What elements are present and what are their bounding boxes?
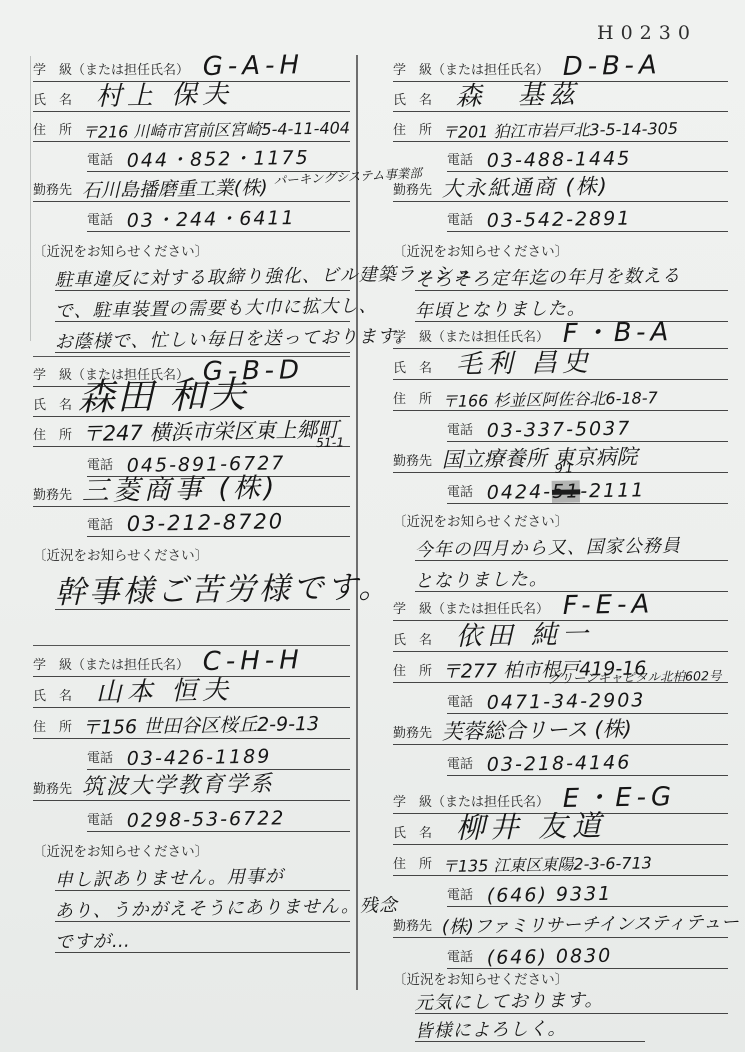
form-entry: 学 級（または担任氏名） D-B-A 氏 名 森 基茲 住 所 〒201 狛江市…	[393, 52, 728, 232]
form-entry: 学 級（または担任氏名） C-H-H 氏 名 山本 恒夫 住 所 〒156 世田…	[33, 645, 350, 832]
status-prompt-label: 〔近況をお知らせください〕	[33, 840, 350, 860]
column-divider	[356, 55, 358, 990]
field-row-workplace: 勤務先 筑波大学教育学系	[33, 770, 350, 801]
field-row-workplace: 勤務先 (株)ファミリサーチインスティテュート	[393, 907, 728, 938]
class-label: 学 級（または担任氏名）	[393, 598, 549, 620]
status-line: ですが…	[55, 922, 350, 953]
status-line: そろそろ定年迄の年月を数える	[415, 260, 728, 291]
status-section: 〔近況をお知らせください〕 申し訳ありません。用事が あり、うかがえそうにありま…	[33, 840, 350, 953]
status-line: で、駐車装置の需要も大巾に拡大し、	[55, 291, 350, 322]
status-prompt-label: 〔近況をお知らせください〕	[33, 240, 350, 260]
address-value-handwritten: 〒201 狛江市岩戸北3-5-14-305	[442, 121, 678, 141]
name-label: 氏 名	[393, 629, 432, 651]
work-phone-value-handwritten: 0424-5191-2111	[487, 481, 646, 503]
field-row-class: 学 級（または担任氏名） C-H-H	[33, 646, 350, 677]
name-label: 氏 名	[393, 822, 432, 844]
field-row-phone: 51-1 電話 045-891-6727	[87, 447, 350, 477]
address-label: 住 所	[33, 424, 72, 446]
status-prompt-label: 〔近況をお知らせください〕	[33, 544, 350, 564]
address-value-handwritten: 〒247 横浜市栄区東上郷町	[82, 421, 339, 446]
address-value-handwritten: 〒166 杉並区阿佐谷北6-18-7	[442, 390, 658, 410]
field-row-work-phone: 電話 03・244・6411	[87, 202, 350, 232]
phone-label: 電話	[87, 454, 113, 476]
field-row-phone: 電話 044・852・1175	[87, 142, 350, 172]
work-phone-value-handwritten: (646) 0830	[487, 947, 613, 968]
workplace-label: 勤務先	[393, 179, 432, 201]
class-label: 学 級（または担任氏名）	[393, 59, 549, 81]
correction-digits: 91	[555, 463, 576, 476]
form-entry: 学 級（または担任氏名） F・B-A 氏 名 毛利 昌史 住 所 〒166 杉並…	[393, 318, 728, 504]
field-row-phone: グリーンキャピタル北柏602号 電話 0471-34-2903	[447, 683, 728, 714]
form-entry: 学 級（または担任氏名） F-E-A 氏 名 依田 純一 住 所 〒277 柏市…	[393, 590, 728, 776]
field-row-name: 氏 名 森田 和夫	[33, 387, 350, 417]
status-section: 〔近況をお知らせください〕 駐車違反に対する取締り強化、ビル建築ラッシュ で、駐…	[33, 240, 350, 353]
address-value-handwritten: 〒216 川崎市宮前区宮崎5-4-11-404	[82, 120, 350, 141]
phone-label: 電話	[87, 149, 113, 171]
document-number: H0230	[597, 22, 697, 44]
field-row-name: 氏 名 依田 純一	[393, 621, 728, 652]
name-value-handwritten: 山本 恒夫	[96, 679, 234, 707]
phone-label: 電話	[447, 419, 473, 441]
phone-label: 電話	[447, 946, 473, 968]
phone-value-handwritten: 03-337-5037	[487, 419, 632, 441]
phone-value-handwritten: 03-426-1189	[127, 747, 272, 769]
field-row-work-phone: 電話 03-218-4146	[447, 745, 728, 776]
name-value-handwritten: 森田 和夫	[77, 377, 247, 416]
struck-digits: 51	[552, 480, 581, 502]
phone-label: 電話	[87, 514, 113, 536]
status-text-handwritten: で、駐車装置の需要も大巾に拡大し、	[55, 297, 378, 321]
field-row-address: 住 所 〒156 世田谷区桜丘2-9-13	[33, 708, 350, 739]
field-row-class: 学 級（または担任氏名） F-E-A	[393, 590, 728, 621]
field-row-workplace: 勤務先 大永紙通商 (株)	[393, 172, 728, 202]
status-line: あり、うかがえそうにありません。残念	[55, 891, 350, 922]
phone-label: 電話	[447, 149, 473, 171]
phone-label: 電話	[447, 884, 473, 906]
status-line: となりました。	[415, 561, 728, 592]
field-row-name: 氏 名 毛利 昌史	[393, 349, 728, 380]
class-value-handwritten: F-E-A	[563, 593, 655, 620]
phone-label: 電話	[87, 747, 113, 769]
field-row-workplace: 勤務先 三菱商事 (株)	[33, 477, 350, 507]
workplace-label: 勤務先	[393, 722, 432, 744]
status-section: 〔近況をお知らせください〕 幹事様ご苦労様です。	[33, 544, 350, 610]
status-text-handwritten: あり、うかがえそうにありません。残念	[55, 897, 398, 921]
status-text-handwritten: そろそろ定年迄の年月を数える	[415, 267, 681, 290]
address-label: 住 所	[393, 660, 432, 682]
name-label: 氏 名	[393, 357, 432, 379]
field-row-name: 氏 名 村上 保夫	[33, 82, 350, 112]
name-label: 氏 名	[33, 685, 72, 707]
work-phone-value-handwritten: 03-542-2891	[487, 209, 632, 231]
class-label: 学 級（または担任氏名）	[393, 326, 549, 348]
name-value-handwritten: 村上 保夫	[96, 83, 234, 111]
status-text-handwritten: となりました。	[415, 571, 548, 591]
field-row-address: 住 所 〒135 江東区東陽2-3-6-713	[393, 845, 728, 876]
form-entry: 学 級（または担任氏名） G-B-D 氏 名 森田 和夫 住 所 〒247 横浜…	[33, 356, 350, 537]
status-line: お蔭様で、忙しい毎日を送っております。	[55, 322, 350, 353]
status-prompt-label: 〔近況をお知らせください〕	[393, 968, 728, 986]
class-value-handwritten: D-B-A	[563, 54, 662, 81]
workplace-label: 勤務先	[33, 179, 72, 201]
field-row-class: 学 級（または担任氏名） D-B-A	[393, 52, 728, 82]
class-label: 学 級（または担任氏名）	[33, 59, 189, 81]
field-row-phone: 電話 03-488-1445	[447, 142, 728, 172]
workplace-label: 勤務先	[33, 484, 72, 506]
field-row-phone: 電話 (646) 9331	[447, 876, 728, 907]
field-row-work-phone: 電話 0424-5191-2111	[447, 473, 728, 504]
address-label: 住 所	[393, 853, 432, 875]
field-row-address: 住 所 〒247 横浜市栄区東上郷町	[33, 417, 350, 447]
field-row-workplace: 勤務先 石川島播磨重工業(株) パーキングシステム事業部	[33, 172, 350, 202]
class-value-handwritten: C-H-H	[203, 649, 304, 676]
status-prompt-label: 〔近況をお知らせください〕	[393, 240, 728, 260]
phone-label: 電話	[447, 691, 473, 713]
status-text-handwritten: お蔭様で、忙しい毎日を送っております。	[55, 328, 414, 352]
field-row-address: 住 所 〒201 狛江市岩戸北3-5-14-305	[393, 112, 728, 142]
class-label: 学 級（または担任氏名）	[33, 654, 189, 676]
status-text-handwritten: ですが…	[55, 933, 131, 952]
status-text-handwritten: 申し訳ありません。用事が	[55, 868, 284, 890]
form-entry: 学 級（または担任氏名） E・E-G 氏 名 柳井 友道 住 所 〒135 江東…	[393, 783, 728, 969]
phone-label: 電話	[447, 209, 473, 231]
workplace-value-handwritten: 筑波大学教育学系	[82, 775, 274, 800]
phone-value-handwritten: 03-488-1445	[487, 149, 632, 171]
phone-value-handwritten: 044・852・1175	[127, 149, 310, 171]
status-prompt-label: 〔近況をお知らせください〕	[393, 510, 728, 530]
field-row-workplace: 勤務先 芙蓉総合リース (株)	[393, 714, 728, 745]
field-row-class: 学 級（または担任氏名） F・B-A	[393, 318, 728, 349]
address-label: 住 所	[393, 388, 432, 410]
field-row-name: 氏 名 森 基茲	[393, 82, 728, 112]
address-label: 住 所	[33, 119, 72, 141]
status-section: 〔近況をお知らせください〕 そろそろ定年迄の年月を数える 年頃となりました。	[393, 240, 728, 322]
status-text-handwritten: 皆様によろしく。	[415, 1020, 567, 1041]
class-value-handwritten: F・B-A	[563, 320, 674, 348]
workplace-value-handwritten: 三菱商事 (株)	[82, 476, 279, 506]
field-row-work-phone: 電話 03-212-8720	[87, 507, 350, 537]
workplace-value-handwritten: 国立療養所 東京病院	[442, 448, 638, 472]
address-label: 住 所	[33, 716, 72, 738]
phone-label: 電話	[447, 753, 473, 775]
status-section: 〔近況をお知らせください〕 元気にしております。 皆様によろしく。	[393, 968, 728, 1042]
address-value-handwritten: 〒156 世田谷区桜丘2-9-13	[82, 715, 320, 738]
workplace-value-handwritten: 石川島播磨重工業(株)	[82, 179, 268, 201]
field-row-name: 氏 名 柳井 友道	[393, 814, 728, 845]
workplace-label: 勤務先	[33, 778, 72, 800]
name-value-handwritten: 毛利 昌史	[456, 351, 594, 379]
field-row-phone: 電話 03-337-5037	[447, 411, 728, 442]
field-row-work-phone: 電話 (646) 0830	[447, 938, 728, 969]
workplace-value-handwritten: 芙蓉総合リース (株)	[442, 720, 632, 744]
status-text-handwritten: 今年の四月から又、国家公務員	[415, 537, 681, 560]
workplace-value-handwritten: 大永紙通商 (株)	[442, 177, 609, 201]
status-line: 幹事様ご苦労様です。	[55, 564, 350, 610]
work-phone-value-handwritten: 03-212-8720	[127, 512, 285, 536]
left-margin-line	[30, 56, 31, 341]
field-row-address: 住 所 〒166 杉並区阿佐谷北6-18-7	[393, 380, 728, 411]
phone-value-handwritten: 0471-34-2903	[487, 691, 646, 713]
field-row-address: 住 所 〒216 川崎市宮前区宮崎5-4-11-404	[33, 112, 350, 142]
field-row-work-phone: 電話 03-542-2891	[447, 202, 728, 232]
field-row-phone: 電話 03-426-1189	[87, 739, 350, 770]
work-phone-value-handwritten: 03-218-4146	[487, 753, 632, 775]
address-note-handwritten: グリーンキャピタル北柏602号	[548, 670, 722, 686]
class-value-handwritten: G-A-H	[203, 54, 305, 81]
name-label: 氏 名	[33, 394, 72, 416]
phone-label: 電話	[87, 209, 113, 231]
status-line: 元気にしております。	[415, 986, 728, 1014]
status-line: 今年の四月から又、国家公務員	[415, 530, 728, 561]
workplace-label: 勤務先	[393, 450, 432, 472]
scanned-form-page: H0230 学 級（または担任氏名） G-A-H 氏 名 村上 保夫 住 所 〒…	[0, 0, 745, 1052]
work-phone-value-handwritten: 0298-53-6722	[127, 809, 286, 831]
phone-value-handwritten: (646) 9331	[487, 885, 613, 906]
form-entry: 学 級（または担任氏名） G-A-H 氏 名 村上 保夫 住 所 〒216 川崎…	[33, 52, 350, 232]
status-line: 申し訳ありません。用事が	[55, 860, 350, 891]
field-row-name: 氏 名 山本 恒夫	[33, 677, 350, 708]
status-text-handwritten: 元気にしております。	[415, 992, 604, 1013]
status-section: 〔近況をお知らせください〕 今年の四月から又、国家公務員 となりました。	[393, 510, 728, 592]
field-row-class: 学 級（または担任氏名） G-A-H	[33, 52, 350, 82]
address-value-handwritten: 〒135 江東区東陽2-3-6-713	[442, 855, 652, 875]
name-label: 氏 名	[393, 89, 432, 111]
name-value-handwritten: 森 基茲	[456, 83, 580, 111]
phone-label: 電話	[87, 809, 113, 831]
name-value-handwritten: 柳井 友道	[456, 813, 607, 844]
address-label: 住 所	[393, 119, 432, 141]
workplace-label: 勤務先	[393, 915, 432, 937]
status-line: 駐車違反に対する取締り強化、ビル建築ラッシュ	[55, 260, 350, 291]
phone-label: 電話	[447, 481, 473, 503]
workplace-value-handwritten: (株)ファミリサーチインスティテュート	[442, 913, 745, 937]
status-line: 皆様によろしく。	[415, 1014, 645, 1042]
name-value-handwritten: 依田 純一	[456, 623, 594, 651]
name-label: 氏 名	[33, 89, 72, 111]
work-phone-value-handwritten: 03・244・6411	[127, 209, 296, 231]
status-text-handwritten: 幹事様ご苦労様です。	[54, 573, 392, 609]
address-note-handwritten: 51-1	[315, 437, 344, 450]
field-row-work-phone: 電話 0298-53-6722	[87, 801, 350, 832]
